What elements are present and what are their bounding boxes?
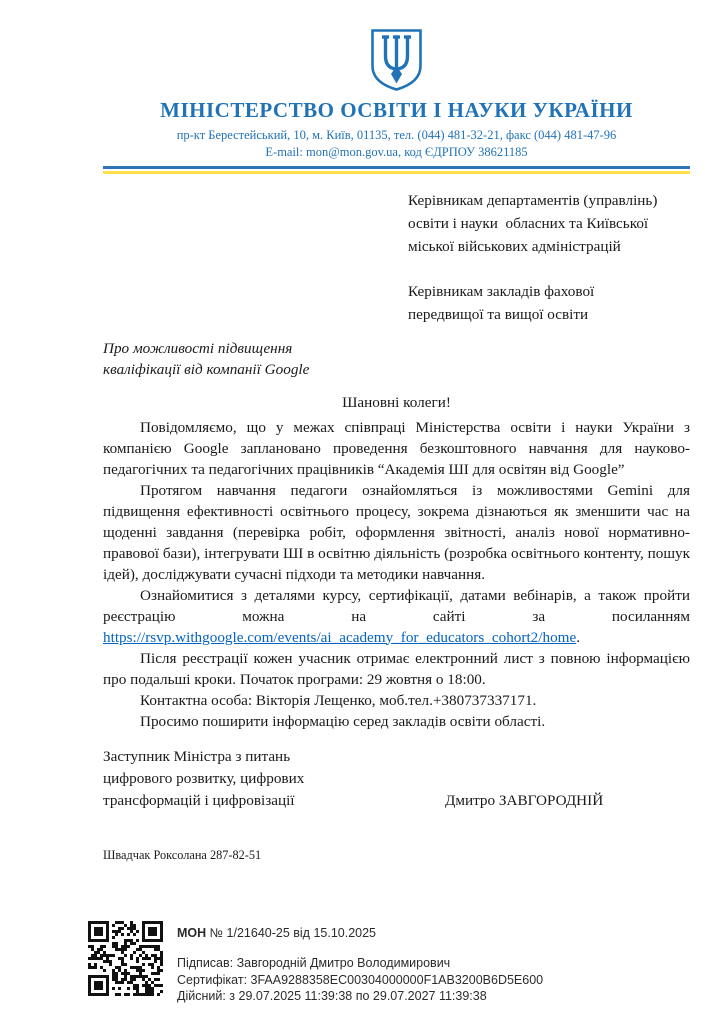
document-number: № 1/21640-25 від 15.10.2025 bbox=[210, 926, 376, 940]
executor-line: Швадчак Роксолана 287-82-51 bbox=[103, 848, 690, 863]
letter-page: МІНІСТЕРСТВО ОСВІТИ І НАУКИ УКРАЇНИ пр-к… bbox=[0, 0, 724, 1024]
flag-divider-blue-stripe bbox=[103, 166, 690, 169]
registration-link[interactable]: https://rsvp.withgoogle.com/events/ai_ac… bbox=[103, 629, 576, 646]
digital-signature-stamp: МОН № 1/21640-25 від 15.10.2025 Підписав… bbox=[88, 921, 690, 1005]
recipient-line: міської військових адміністрацій bbox=[408, 235, 700, 258]
flag-divider-yellow-stripe bbox=[103, 171, 690, 174]
stamp-validity: Дійсний: з 29.07.2025 11:39:38 по 29.07.… bbox=[177, 988, 543, 1005]
letter-subject: Про можливості підвищення кваліфікації в… bbox=[103, 338, 690, 380]
signature-block: Заступник Міністра з питань цифрового ро… bbox=[103, 746, 690, 812]
document-org: МОН bbox=[177, 926, 206, 940]
body-paragraph-3-period: . bbox=[576, 629, 580, 646]
recipient-line: Керівникам департаментів (управлінь) bbox=[408, 189, 700, 212]
signer-position-line: трансформацій і цифровізації bbox=[103, 790, 373, 812]
body-paragraph-5: Контактна особа: Вікторія Лещенко, моб.т… bbox=[103, 690, 690, 711]
recipient-block-institutions: Керівникам закладів фахової передвищої т… bbox=[408, 280, 700, 326]
recipient-line: передвищої та вищої освіти bbox=[408, 303, 700, 326]
ministry-contacts: E-mail: mon@mon.gov.ua, код ЄДРПОУ 38621… bbox=[103, 145, 690, 160]
body-paragraph-1: Повідомляємо, що у межах співпраці Мініс… bbox=[103, 417, 690, 480]
body-paragraph-3-text: Ознайомитися з деталями курсу, сертифіка… bbox=[103, 587, 690, 625]
letterhead: МІНІСТЕРСТВО ОСВІТИ І НАУКИ УКРАЇНИ пр-к… bbox=[103, 28, 690, 174]
flag-divider bbox=[103, 166, 690, 174]
recipient-line: Керівникам закладів фахової bbox=[408, 280, 700, 303]
ukraine-trident-emblem bbox=[370, 28, 423, 92]
body-paragraph-2: Протягом навчання педагоги ознайомляться… bbox=[103, 480, 690, 585]
letter-body: Повідомляємо, що у межах співпраці Мініс… bbox=[103, 417, 690, 732]
stamp-signed-by: Підписав: Завгородній Дмитро Володимиров… bbox=[177, 955, 543, 972]
signer-position: Заступник Міністра з питань цифрового ро… bbox=[103, 746, 373, 812]
signer-position-line: Заступник Міністра з питань bbox=[103, 746, 373, 768]
subject-line: Про можливості підвищення bbox=[103, 338, 690, 359]
greeting: Шановні колеги! bbox=[103, 392, 690, 413]
document-number-line: МОН № 1/21640-25 від 15.10.2025 bbox=[177, 925, 543, 942]
stamp-certificate: Сертифікат: 3FAA9288358EC00304000000F1AB… bbox=[177, 972, 543, 989]
recipients: Керівникам департаментів (управлінь) осв… bbox=[103, 189, 690, 326]
ministry-address: пр-кт Берестейський, 10, м. Київ, 01135,… bbox=[103, 128, 690, 143]
signer-name: Дмитро ЗАВГОРОДНІЙ bbox=[445, 790, 603, 812]
recipient-line: освіти і науки обласних та Київської bbox=[408, 212, 700, 235]
signer-position-line: цифрового розвитку, цифрових bbox=[103, 768, 373, 790]
body-paragraph-3: Ознайомитися з деталями курсу, сертифіка… bbox=[103, 585, 690, 648]
qr-code bbox=[88, 921, 163, 996]
ministry-title: МІНІСТЕРСТВО ОСВІТИ І НАУКИ УКРАЇНИ bbox=[103, 98, 690, 123]
body-paragraph-4: Після реєстрації кожен учасник отримає е… bbox=[103, 648, 690, 690]
recipient-block-administrations: Керівникам департаментів (управлінь) осв… bbox=[408, 189, 700, 258]
subject-line: кваліфікації від компанії Google bbox=[103, 359, 690, 380]
stamp-text: МОН № 1/21640-25 від 15.10.2025 Підписав… bbox=[177, 921, 543, 1005]
body-paragraph-6: Просимо поширити інформацію серед заклад… bbox=[103, 711, 690, 732]
